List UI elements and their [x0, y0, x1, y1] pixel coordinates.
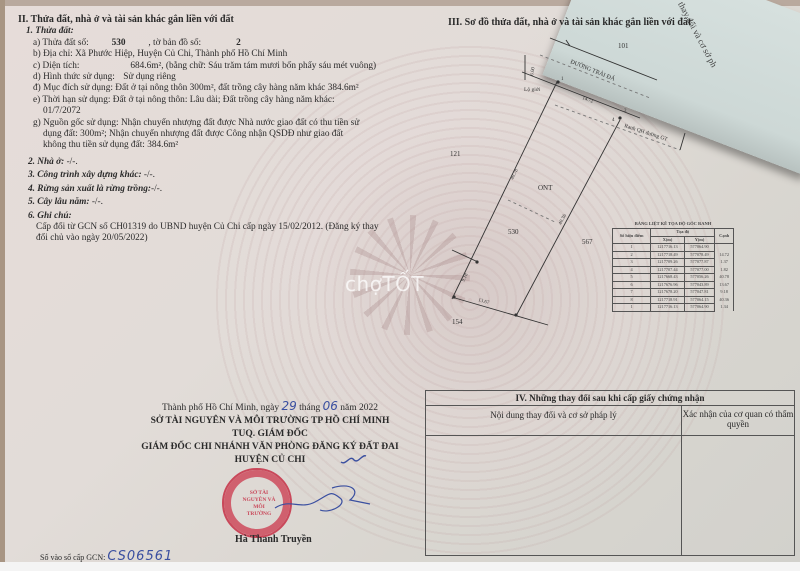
section-land-info: II. Thửa đất, nhà ở và tài sản khác gắn … [18, 14, 408, 245]
section-3-title: III. Sơ đồ thửa đất, nhà ở và tài sản kh… [448, 17, 691, 28]
address-value: Xã Phước Hiệp, Huyện Củ Chi, Thành phố H… [75, 49, 287, 59]
edge-length: 1.34 [715, 304, 734, 312]
forest-value: -/-. [151, 184, 162, 194]
background-strip [0, 562, 800, 571]
coordinate-row: 61217676.96577043.8913.67 [613, 281, 734, 289]
coordinate-row: 41217707.44577077.001.82 [613, 266, 734, 274]
section-4-title: IV. Những thay đổi sau khi cấp giấy chứn… [426, 391, 794, 406]
house-value: -/-. [67, 157, 78, 167]
edge-length: 13.67 [715, 281, 734, 289]
director-line: GIÁM ĐỐC CHI NHÁNH VĂN PHÒNG ĐĂNG KÝ ĐẤT… [120, 441, 420, 454]
origin-value-3: không thu tiền sử dụng đất: 384.6m² [18, 140, 408, 151]
edge-length: 1.82 [715, 266, 734, 274]
origin-row: g) Nguồn gốc sử dụng: Nhận chuyển nhượng… [18, 118, 408, 129]
map-label: , tờ bản đồ số: [148, 38, 201, 48]
parcel-number: 530 [91, 38, 146, 49]
chotot-watermark: chợTỐT [345, 272, 424, 296]
coordinate-row: 11217716.13577064.90 [613, 244, 734, 252]
coordinates: Số hiệu điểm Tọa độ Cạnh X(m) Y(m) 11217… [612, 228, 734, 312]
edge-length: 1.37 [715, 259, 734, 267]
origin-label: g) Nguồn gốc sử dụng: [33, 118, 119, 128]
changes-content-cell [426, 436, 682, 555]
use-form-row: d) Hình thức sử dụng: Sử dụng riêng [18, 72, 408, 83]
changes-confirmation-cell [682, 436, 794, 555]
term-date: 01/7/2072 [18, 106, 408, 117]
edge-length [715, 244, 734, 252]
perennial-label: 5. Cây lâu năm: [28, 197, 89, 207]
house-row: 2. Nhà ở: -/-. [18, 157, 408, 168]
year-label: năm [340, 403, 356, 413]
area-label: c) Diện tích: [33, 61, 128, 72]
changes-col-content: Nội dung thay đổi và cơ sở pháp lý [426, 406, 682, 435]
house-label: 2. Nhà ở: [28, 157, 64, 167]
coordinate-row: 31217709.26577077.871.37 [613, 259, 734, 267]
use-form-label: d) Hình thức sử dụng: [33, 72, 115, 82]
signer-name: Hà Thanh Truyền [235, 534, 312, 545]
col-point: Số hiệu điểm [613, 229, 651, 244]
parcel-row: a) Thửa đất số: 530 , tờ bản đồ số: 2 [18, 38, 408, 49]
forest-label: 4. Rừng sản xuất là rừng trồng: [28, 184, 151, 194]
col-coords: Tọa độ [651, 229, 715, 237]
month: 06 [323, 399, 338, 413]
year: 2022 [359, 403, 378, 413]
day: 29 [282, 399, 297, 413]
place-date: Thành phố Hồ Chí Minh, ngày 29 tháng 06 … [120, 400, 420, 415]
gcn-label: Số vào sổ cấp GCN: [40, 553, 105, 562]
purpose-label: đ) Mục đích sử dụng: [33, 83, 113, 93]
term-row: e) Thời hạn sử dụng: Đất ở tại nông thôn… [18, 95, 408, 106]
land-heading: 1. Thửa đất: [18, 26, 408, 37]
notes-label: 6. Ghi chú: [18, 211, 408, 222]
perennial-value: -/-. [92, 197, 103, 207]
parcel-label: a) Thửa đất số: [33, 38, 89, 48]
coordinate-table-title: BẢNG LIỆT KÊ TỌA ĐỘ GÓC RANH [612, 221, 734, 226]
origin-value-1: Nhận chuyển nhượng đất được Nhà nước gia… [121, 118, 359, 128]
coordinate-row: 21217718.49577078.4914.72 [613, 251, 734, 259]
term-label: e) Thời hạn sử dụng: [33, 95, 110, 105]
edge-length: 40.78 [715, 274, 734, 282]
signature-block: Thành phố Hồ Chí Minh, ngày 29 tháng 06 … [120, 400, 420, 467]
use-form-value: Sử dụng riêng [117, 72, 176, 82]
map-number: 2 [203, 38, 273, 49]
perennial-row: 5. Cây lâu năm: -/-. [18, 197, 408, 208]
col-x: X(m) [651, 236, 685, 244]
col-edge: Cạnh [715, 229, 734, 244]
changes-table: IV. Những thay đổi sau khi cấp giấy chứn… [425, 390, 795, 556]
edge-length: 9.18 [715, 289, 734, 297]
area-row: c) Diện tích: 684.6m², (bằng chữ: Sáu tr… [18, 61, 408, 72]
coordinate-row: 51217668.43577056.2640.78 [613, 274, 734, 282]
edge-length: 14.72 [715, 251, 734, 259]
col-y: Y(m) [684, 236, 715, 244]
coordinate-row: 71217678.20577047.819.18 [613, 289, 734, 297]
purpose-row: đ) Mục đích sử dụng: Đất ở tại nông thôn… [18, 83, 408, 94]
edge-length: 40.36 [715, 296, 734, 304]
org-line: SỞ TÀI NGUYÊN VÀ MÔI TRƯỜNG TP HỒ CHÍ MI… [120, 415, 420, 428]
address-label: b) Địa chỉ: [33, 49, 73, 59]
coordinate-row: 11217716.13577064.901.34 [613, 304, 734, 312]
other-construction-label: 3. Công trình xây dựng khác: [28, 170, 142, 180]
paper-edge-left [0, 0, 5, 562]
handwritten-signature [270, 480, 380, 520]
initials-mark [338, 450, 368, 468]
coordinate-table: BẢNG LIỆT KÊ TỌA ĐỘ GÓC RANH Số hiệu điể… [612, 221, 734, 312]
tuq-line: TUQ. GIÁM ĐỐC [120, 428, 420, 441]
term-value: Đất ở tại nông thôn: Lâu dài; Đất trồng … [113, 95, 335, 105]
purpose-value: Đất ở tại nông thôn 300m², đất trồng cây… [115, 83, 358, 93]
origin-value-2: dụng đất: 300m²; Nhận chuyển nhượng đất … [18, 129, 408, 140]
coordinate-row: 81217718.91577064.1540.36 [613, 296, 734, 304]
forest-row: 4. Rừng sản xuất là rừng trồng:-/-. [18, 184, 408, 195]
district-line: HUYỆN CỦ CHI [120, 454, 420, 467]
month-label: tháng [299, 403, 320, 413]
place-prefix: Thành phố Hồ Chí Minh, ngày [162, 403, 279, 413]
notes-value: Cấp đổi từ GCN số CH01319 do UBND huyện … [18, 222, 408, 245]
area-value: 684.6m², (bằng chữ: Sáu trăm tám mươi bố… [130, 61, 376, 71]
other-construction-row: 3. Công trình xây dựng khác: -/-. [18, 170, 408, 181]
other-construction-value: -/-. [144, 170, 155, 180]
changes-col-confirmation: Xác nhận của cơ quan có thẩm quyền [682, 406, 794, 435]
address-row: b) Địa chỉ: Xã Phước Hiệp, Huyện Củ Chi,… [18, 49, 408, 60]
section-2-title: II. Thửa đất, nhà ở và tài sản khác gắn … [18, 14, 408, 25]
